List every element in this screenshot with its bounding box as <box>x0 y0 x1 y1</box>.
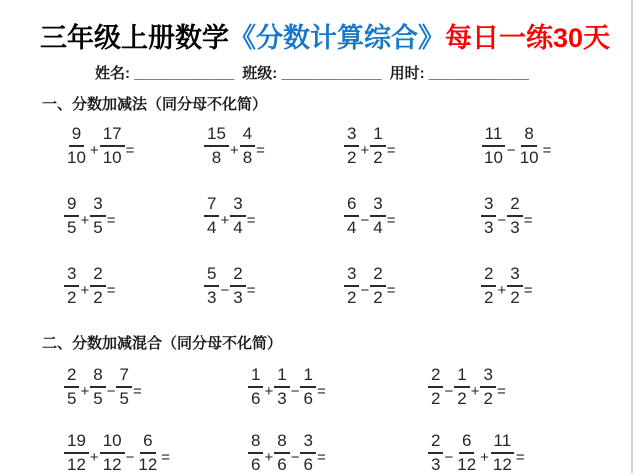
operator-sign: + <box>264 383 273 400</box>
fraction: 22 <box>481 265 496 307</box>
class-blank-line: ____________ <box>281 65 381 82</box>
fraction-problem: 74+34= <box>204 194 344 238</box>
fraction-problem: 32+22= <box>64 264 204 308</box>
numerator: 8 <box>274 432 289 454</box>
fraction-problem: 22+32= <box>481 264 638 308</box>
fraction: 1710 <box>100 125 125 167</box>
equals-sign: = <box>387 142 396 159</box>
denominator: 12 <box>454 454 479 473</box>
numerator: 19 <box>64 432 89 454</box>
numerator: 1 <box>454 366 469 388</box>
page-edge-line <box>631 0 633 473</box>
denominator: 5 <box>64 217 79 237</box>
denominator: 2 <box>344 287 359 307</box>
fraction-problem: 23−612+1112= <box>428 431 638 473</box>
numerator: 1 <box>274 366 289 388</box>
fraction: 32 <box>344 125 359 167</box>
name-blank-line: ____________ <box>134 65 234 82</box>
equals-sign: = <box>126 142 135 159</box>
operator-sign: + <box>80 212 89 229</box>
equals-sign: = <box>317 383 326 400</box>
fraction: 1912 <box>64 432 89 473</box>
operator-sign: + <box>264 449 273 466</box>
fraction: 32 <box>507 265 522 307</box>
fraction: 53 <box>204 265 219 307</box>
equals-sign: = <box>317 449 326 466</box>
operator-sign: + <box>80 383 89 400</box>
denominator: 4 <box>204 217 219 237</box>
denominator: 12 <box>64 454 89 473</box>
numerator: 3 <box>370 195 385 217</box>
numerator: 9 <box>69 125 84 147</box>
operator-sign: + <box>497 282 506 299</box>
denominator: 5 <box>64 388 79 408</box>
denominator: 4 <box>370 217 385 237</box>
time-label: 用时: <box>390 65 425 82</box>
denominator: 6 <box>248 454 263 473</box>
fraction: 36 <box>300 432 315 473</box>
numerator: 4 <box>240 125 255 147</box>
info-line: 姓名: ____________班级: ____________用时: ____… <box>95 62 638 83</box>
fraction: 23 <box>230 265 245 307</box>
numerator: 8 <box>90 366 105 388</box>
denominator: 2 <box>428 388 443 408</box>
fraction-problem: 64−34= <box>344 194 481 238</box>
fraction: 33 <box>481 195 496 237</box>
page-title: 三年级上册数学《分数计算综合》每日一练30天 <box>0 0 638 55</box>
numerator: 3 <box>507 265 522 287</box>
operator-sign: − <box>497 212 506 229</box>
title-course-text: 三年级上册数学 <box>40 23 229 53</box>
operator-sign: − <box>291 383 300 400</box>
equals-sign: = <box>247 212 256 229</box>
numerator: 7 <box>204 195 219 217</box>
denominator: 2 <box>344 147 359 167</box>
denominator: 6 <box>300 388 315 408</box>
fraction-problem: 53−23= <box>204 264 344 308</box>
equals-sign: = <box>524 282 533 299</box>
fraction: 16 <box>300 366 315 408</box>
operator-sign: + <box>360 142 369 159</box>
fraction: 86 <box>274 432 289 473</box>
fraction-problem: 1912+1012−612= <box>64 431 248 473</box>
numerator: 17 <box>100 125 125 147</box>
operator-sign: + <box>220 212 229 229</box>
numerator: 9 <box>64 195 79 217</box>
fraction: 612 <box>454 432 479 473</box>
name-label: 姓名: <box>95 65 130 82</box>
equals-sign: = <box>387 282 396 299</box>
denominator: 3 <box>428 454 443 473</box>
fraction-problem: 32−22= <box>344 264 481 308</box>
fraction: 34 <box>370 195 385 237</box>
fraction: 612 <box>135 432 160 473</box>
denominator: 3 <box>204 287 219 307</box>
operator-sign: − <box>220 282 229 299</box>
equals-sign: = <box>497 383 506 400</box>
operator-sign: + <box>90 142 99 159</box>
fraction: 810 <box>517 125 542 167</box>
fraction: 12 <box>454 366 469 408</box>
equals-sign: = <box>256 142 265 159</box>
fraction: 12 <box>370 125 385 167</box>
operator-sign: + <box>80 282 89 299</box>
numerator: 2 <box>428 432 443 454</box>
title-topic-text: 《分数计算综合》 <box>229 23 445 53</box>
numerator: 1 <box>370 125 385 147</box>
operator-sign: − <box>360 212 369 229</box>
numerator: 3 <box>480 366 495 388</box>
denominator: 6 <box>274 454 289 473</box>
numerator: 15 <box>204 125 229 147</box>
fraction: 23 <box>428 432 443 473</box>
fraction-problem: 95+35= <box>64 194 204 238</box>
fraction: 22 <box>90 265 105 307</box>
denominator: 2 <box>370 287 385 307</box>
operator-sign: − <box>444 449 453 466</box>
equals-sign: = <box>161 449 170 466</box>
fraction-problem: 25+85−75= <box>64 365 248 409</box>
numerator: 2 <box>370 265 385 287</box>
denominator: 6 <box>300 454 315 473</box>
operator-sign: + <box>480 449 489 466</box>
numerator: 3 <box>344 265 359 287</box>
equals-sign: = <box>107 212 116 229</box>
equals-sign: = <box>543 142 552 159</box>
numerator: 8 <box>248 432 263 454</box>
section-1-heading: 一、分数加减法（同分母不化简） <box>0 83 638 114</box>
denominator: 6 <box>248 388 263 408</box>
denominator: 5 <box>90 217 105 237</box>
denominator: 10 <box>517 147 542 167</box>
fraction-problem: 158+48= <box>204 124 344 168</box>
denominator: 5 <box>116 388 131 408</box>
operator-sign: − <box>444 383 453 400</box>
numerator: 2 <box>90 265 105 287</box>
numerator: 6 <box>459 432 474 454</box>
operator-sign: − <box>291 449 300 466</box>
fraction: 22 <box>428 366 443 408</box>
denominator: 2 <box>480 388 495 408</box>
denominator: 12 <box>490 454 515 473</box>
denominator: 3 <box>230 287 245 307</box>
fraction: 16 <box>248 366 263 408</box>
numerator: 1 <box>300 366 315 388</box>
equals-sign: = <box>107 282 116 299</box>
fraction: 85 <box>90 366 105 408</box>
numerator: 8 <box>521 125 536 147</box>
operator-sign: + <box>230 142 239 159</box>
operator-sign: − <box>360 282 369 299</box>
numerator: 1 <box>248 366 263 388</box>
denominator: 2 <box>454 388 469 408</box>
denominator: 3 <box>274 388 289 408</box>
fraction: 34 <box>230 195 245 237</box>
section-addition-subtraction: 一、分数加减法（同分母不化简） 910+1710=158+48=32+12=11… <box>0 83 638 308</box>
denominator: 4 <box>230 217 245 237</box>
numerator: 7 <box>116 366 131 388</box>
section-mixed-operations: 二、分数加减混合（同分母不化简） 25+85−75=16+13−16=22−12… <box>0 322 638 473</box>
denominator: 4 <box>344 217 359 237</box>
denominator: 8 <box>240 147 255 167</box>
fraction: 1012 <box>100 432 125 473</box>
fraction: 86 <box>248 432 263 473</box>
denominator: 10 <box>100 147 125 167</box>
denominator: 2 <box>370 147 385 167</box>
operator-sign: − <box>507 142 516 159</box>
fraction: 32 <box>64 265 79 307</box>
numerator: 3 <box>481 195 496 217</box>
worksheet-page: 三年级上册数学《分数计算综合》每日一练30天 姓名: ____________班… <box>0 0 638 473</box>
fraction-problem: 22−12+32= <box>428 365 638 409</box>
denominator: 10 <box>481 147 506 167</box>
fraction-problem: 86+86−36= <box>248 431 428 473</box>
class-label: 班级: <box>242 65 277 82</box>
fraction: 25 <box>64 366 79 408</box>
fraction: 23 <box>507 195 522 237</box>
equals-sign: = <box>524 212 533 229</box>
fraction: 75 <box>116 366 131 408</box>
fraction-problem: 16+13−16= <box>248 365 428 409</box>
numerator: 6 <box>140 432 155 454</box>
operator-sign: − <box>107 383 116 400</box>
numerator: 3 <box>344 125 359 147</box>
denominator: 3 <box>481 217 496 237</box>
operator-sign: − <box>126 449 135 466</box>
fraction: 1110 <box>481 125 506 167</box>
numerator: 5 <box>204 265 219 287</box>
numerator: 2 <box>428 366 443 388</box>
numerator: 3 <box>230 195 245 217</box>
denominator: 2 <box>90 287 105 307</box>
equals-sign: = <box>247 282 256 299</box>
numerator: 6 <box>344 195 359 217</box>
denominator: 5 <box>90 388 105 408</box>
numerator: 11 <box>491 432 515 454</box>
section-2-heading: 二、分数加减混合（同分母不化简） <box>0 322 638 353</box>
fraction: 158 <box>204 125 229 167</box>
problems-grid-section-1: 910+1710=158+48=32+12=1110−810=95+35=74+… <box>64 124 638 308</box>
fraction: 64 <box>344 195 359 237</box>
denominator: 3 <box>507 217 522 237</box>
numerator: 3 <box>64 265 79 287</box>
fraction: 95 <box>64 195 79 237</box>
numerator: 2 <box>64 366 79 388</box>
problems-grid-section-2: 25+85−75=16+13−16=22−12+32=1912+1012−612… <box>64 365 638 473</box>
numerator: 2 <box>481 265 496 287</box>
time-blank-line: ____________ <box>429 65 529 82</box>
operator-sign: + <box>471 383 480 400</box>
title-series-text: 每日一练30天 <box>445 23 610 53</box>
fraction-problem: 910+1710= <box>64 124 204 168</box>
fraction: 32 <box>480 366 495 408</box>
fraction: 22 <box>370 265 385 307</box>
denominator: 10 <box>64 147 89 167</box>
fraction-problem: 1110−810= <box>481 124 638 168</box>
fraction-problem: 33−23= <box>481 194 638 238</box>
numerator: 3 <box>90 195 105 217</box>
operator-sign: + <box>90 449 99 466</box>
denominator: 12 <box>135 454 160 473</box>
equals-sign: = <box>516 449 525 466</box>
equals-sign: = <box>387 212 396 229</box>
fraction: 32 <box>344 265 359 307</box>
denominator: 2 <box>64 287 79 307</box>
numerator: 3 <box>300 432 315 454</box>
equals-sign: = <box>133 383 142 400</box>
numerator: 2 <box>507 195 522 217</box>
fraction: 13 <box>274 366 289 408</box>
fraction: 910 <box>64 125 89 167</box>
denominator: 2 <box>507 287 522 307</box>
fraction-problem: 32+12= <box>344 124 481 168</box>
fraction: 1112 <box>490 432 515 473</box>
fraction: 48 <box>240 125 255 167</box>
numerator: 11 <box>482 125 506 147</box>
numerator: 2 <box>230 265 245 287</box>
denominator: 8 <box>209 147 224 167</box>
fraction: 35 <box>90 195 105 237</box>
fraction: 74 <box>204 195 219 237</box>
numerator: 10 <box>100 432 125 454</box>
denominator: 12 <box>100 454 125 473</box>
denominator: 2 <box>481 287 496 307</box>
